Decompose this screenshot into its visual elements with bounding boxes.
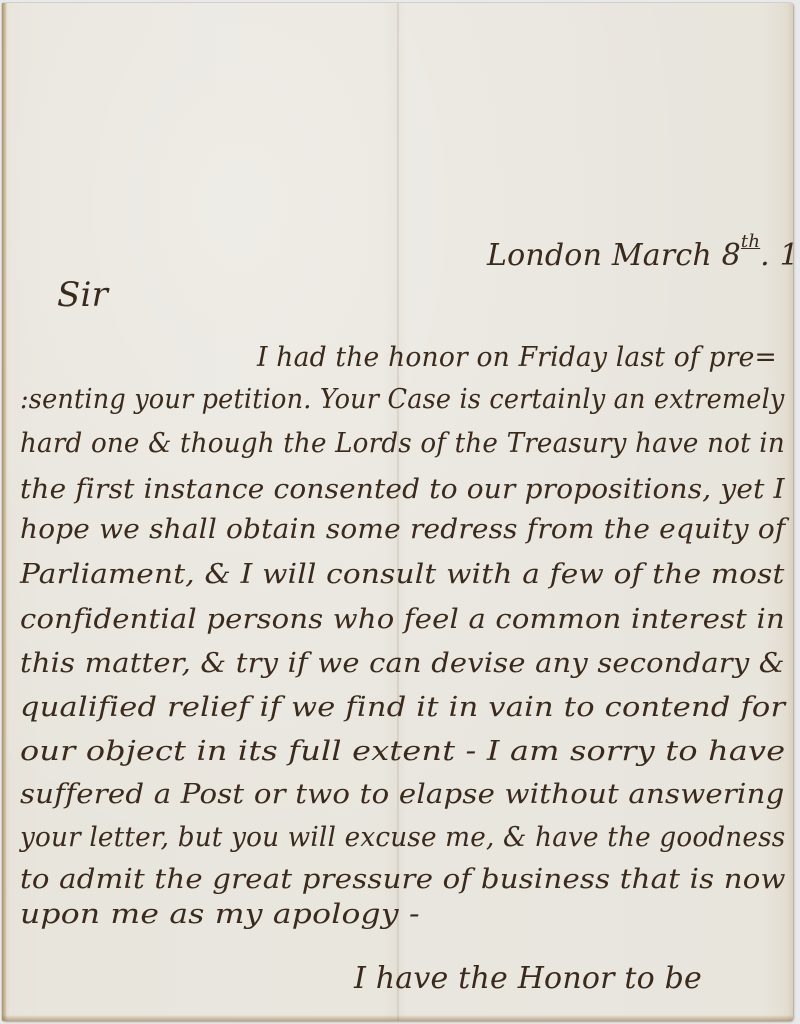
- paper-sheet: London March 8th. 1790 Sir I had the hon…: [2, 3, 793, 1021]
- dateline: London March 8th. 1790: [487, 231, 800, 273]
- body-line: to admit the great pressure of business …: [20, 863, 786, 895]
- closing-line: I have the Honor to be: [354, 961, 702, 996]
- dateline-ordinal: th: [741, 231, 760, 252]
- body-line: hope we shall obtain some redress from t…: [20, 513, 785, 545]
- body-line: Parliament, & I will consult with a few …: [20, 558, 785, 590]
- body-line: our object in its full extent - I am sor…: [20, 735, 785, 767]
- dateline-year: . 1790: [760, 238, 800, 273]
- body-line: this matter, & try if we can devise any …: [20, 647, 785, 679]
- body-line: the first instance consented to our prop…: [20, 473, 785, 505]
- body-line: upon me as my apology -: [20, 898, 420, 930]
- body-line: qualified relief if we find it in vain t…: [20, 691, 785, 723]
- dateline-place-date: London March 8: [487, 238, 741, 273]
- body-line: hard one & though the Lords of the Treas…: [20, 427, 785, 459]
- body-line: confidential persons who feel a common i…: [20, 603, 785, 635]
- body-line: suffered a Post or two to elapse without…: [20, 778, 784, 810]
- body-line: :senting your petition. Your Case is cer…: [20, 383, 785, 415]
- body-line: your letter, but you will excuse me, & h…: [20, 821, 785, 853]
- body-line: I had the honor on Friday last of pre=: [257, 341, 777, 373]
- salutation: Sir: [57, 275, 108, 315]
- scanned-letter-page: London March 8th. 1790 Sir I had the hon…: [0, 0, 800, 1024]
